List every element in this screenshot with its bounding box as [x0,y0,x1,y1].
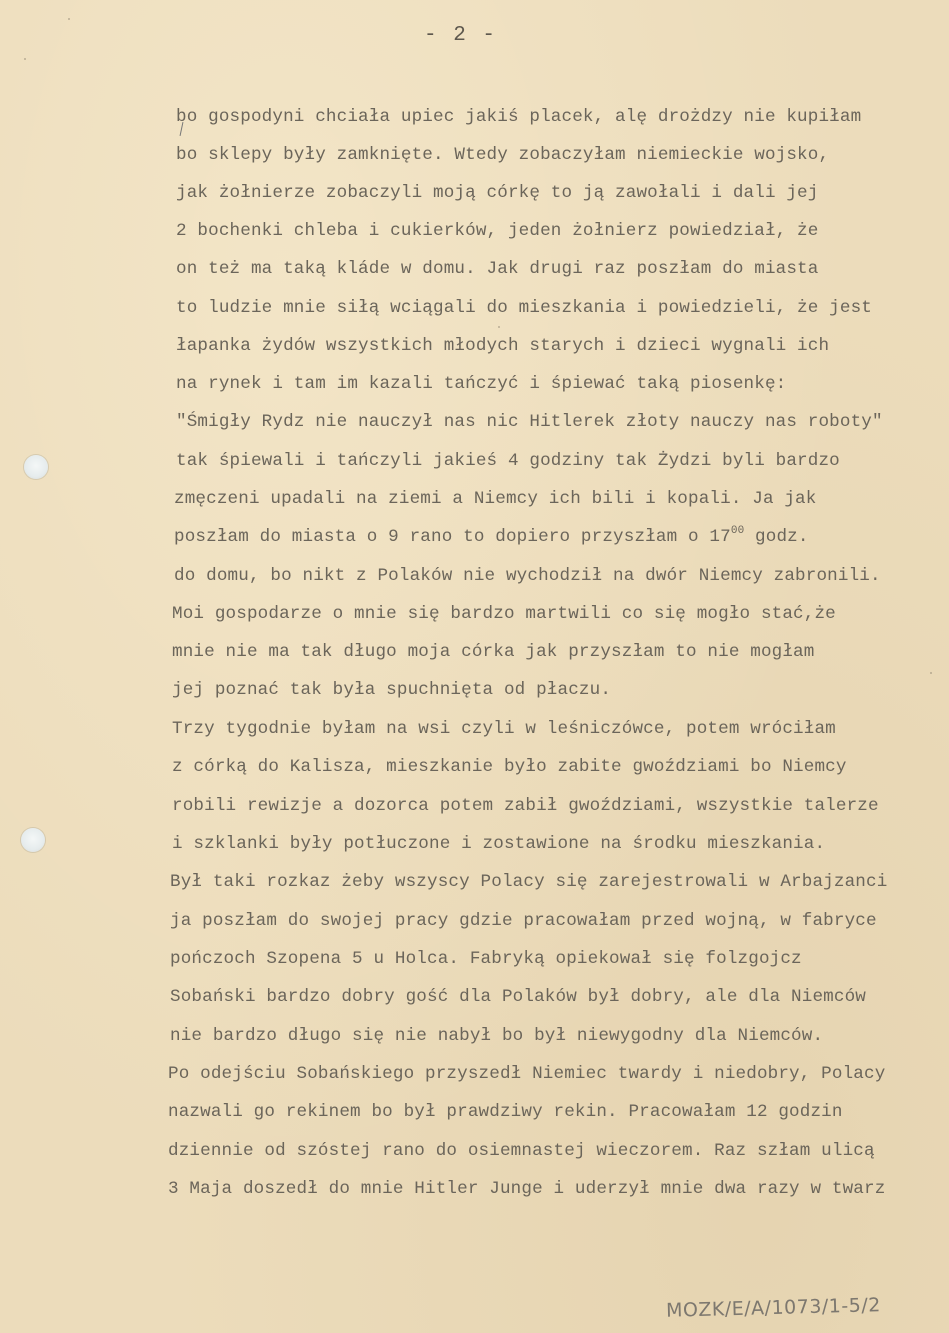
text-line: poszłam do miasta o 9 rano to dopiero pr… [174,526,809,548]
text-line: jej poznać tak była spuchnięta od płaczu… [172,679,611,701]
text-line: Moi gospodarze o mnie się bardzo martwil… [172,603,836,625]
text-line: na rynek i tam im kazali tańczyć i śpiew… [176,373,786,395]
text-line-content: zmęczeni upadali na ziemi a Niemcy ich b… [174,489,816,509]
text-line: Trzy tygodnie byłam na wsi czyli w leśni… [172,718,836,740]
text-line-content: pończoch Szopena 5 u Holca. Fabryką opie… [170,949,802,969]
punch-hole-top [24,455,48,479]
text-line: łapanka żydów wszystkich młodych starych… [176,335,829,357]
text-line-content: Był taki rozkaz żeby wszyscy Polacy się … [170,872,887,892]
text-line: zmęczeni upadali na ziemi a Niemcy ich b… [174,488,816,510]
text-line-content: do domu, bo nikt z Polaków nie wychodził… [174,566,881,586]
text-line-content: jej poznać tak była spuchnięta od płaczu… [172,680,611,700]
text-line-content: "Śmigły Rydz nie nauczył nas nic Hitlere… [176,412,883,432]
text-line-content: i szklanki były potłuczone i zostawione … [172,834,825,854]
text-line: robili rewizje a dozorca potem zabił gwo… [172,795,879,817]
text-line: dziennie od szóstej rano do osiemnastej … [168,1140,875,1162]
text-line: Po odejściu Sobańskiego przyszedł Niemie… [168,1063,885,1085]
text-line-content: na rynek i tam im kazali tańczyć i śpiew… [176,374,786,394]
text-line-content: jak żołnierze zobaczyli moją córkę to ją… [176,183,818,203]
text-line: Sobański bardzo dobry gość dla Polaków b… [170,986,866,1008]
text-line-content: z córką do Kalisza, mieszkanie było zabi… [172,757,847,777]
text-line-content: Moi gospodarze o mnie się bardzo martwil… [172,604,836,624]
text-line-content: Sobański bardzo dobry gość dla Polaków b… [170,987,866,1007]
text-line-content: 3 Maja doszedł do mnie Hitler Junge i ud… [168,1179,885,1199]
text-line: 3 Maja doszedł do mnie Hitler Junge i ud… [168,1178,885,1200]
text-line-content: ja poszłam do swojej pracy gdzie pracowa… [170,911,877,931]
text-line: jak żołnierze zobaczyli moją córkę to ją… [176,182,818,204]
text-line: 2 bochenki chleba i cukierków, jeden żoł… [176,220,818,242]
archive-reference-handwritten: MOZK/E/A/1073/1-5/2 [666,1294,881,1322]
text-line-content: dziennie od szóstej rano do osiemnastej … [168,1141,875,1161]
text-line-content: bo gospodyni chciała upiec jakiś placek,… [176,107,861,127]
text-line-content: poszłam do miasta o 9 rano to dopiero pr… [174,527,731,547]
paper-speck [24,58,26,60]
text-line: on też ma taką kláde w domu. Jak drugi r… [176,258,818,280]
text-line: bo gospodyni chciała upiec jakiś placek,… [176,106,861,128]
text-line-content: Trzy tygodnie byłam na wsi czyli w leśni… [172,719,836,739]
typewritten-page: - 2 - bo gospodyni chciała upiec jakiś p… [0,0,949,1333]
text-line: bo sklepy były zamknięte. Wtedy zobaczył… [176,144,829,166]
superscript: 00 [731,525,745,537]
text-line: i szklanki były potłuczone i zostawione … [172,833,825,855]
text-line-content: nazwali go rekinem bo był prawdziwy reki… [168,1102,843,1122]
text-line: nie bardzo długo się nie nabył bo był ni… [170,1025,823,1047]
text-line: do domu, bo nikt z Polaków nie wychodził… [174,565,881,587]
text-line-content: mnie nie ma tak długo moja córka jak prz… [172,642,814,662]
paper-speck [68,18,70,20]
text-line: z córką do Kalisza, mieszkanie było zabi… [172,756,847,778]
text-line-content: robili rewizje a dozorca potem zabił gwo… [172,796,879,816]
text-line-content: Po odejściu Sobańskiego przyszedł Niemie… [168,1064,885,1084]
text-line: to ludzie mnie siłą wciągali do mieszkan… [176,297,872,319]
text-line-content: 2 bochenki chleba i cukierków, jeden żoł… [176,221,818,241]
text-line: nazwali go rekinem bo był prawdziwy reki… [168,1101,843,1123]
text-line-content: on też ma taką kláde w domu. Jak drugi r… [176,259,818,279]
text-line-content: tak śpiewali i tańczyli jakieś 4 godziny… [176,451,840,471]
text-line-content: łapanka żydów wszystkich młodych starych… [176,336,829,356]
text-line-continuation: godz. [744,527,808,547]
text-line-content: bo sklepy były zamknięte. Wtedy zobaczył… [176,145,829,165]
text-line: pończoch Szopena 5 u Holca. Fabryką opie… [170,948,802,970]
paper-speck [498,326,500,328]
text-line: ja poszłam do swojej pracy gdzie pracowa… [170,910,877,932]
text-line: tak śpiewali i tańczyli jakieś 4 godziny… [176,450,840,472]
text-line: mnie nie ma tak długo moja córka jak prz… [172,641,814,663]
punch-hole-bottom [21,828,45,852]
paper-speck [930,672,932,674]
page-number: - 2 - [424,24,497,47]
text-line-content: to ludzie mnie siłą wciągali do mieszkan… [176,298,872,318]
text-line: "Śmigły Rydz nie nauczył nas nic Hitlere… [176,411,883,433]
text-line: Był taki rozkaz żeby wszyscy Polacy się … [170,871,887,893]
text-line-content: nie bardzo długo się nie nabył bo był ni… [170,1026,823,1046]
